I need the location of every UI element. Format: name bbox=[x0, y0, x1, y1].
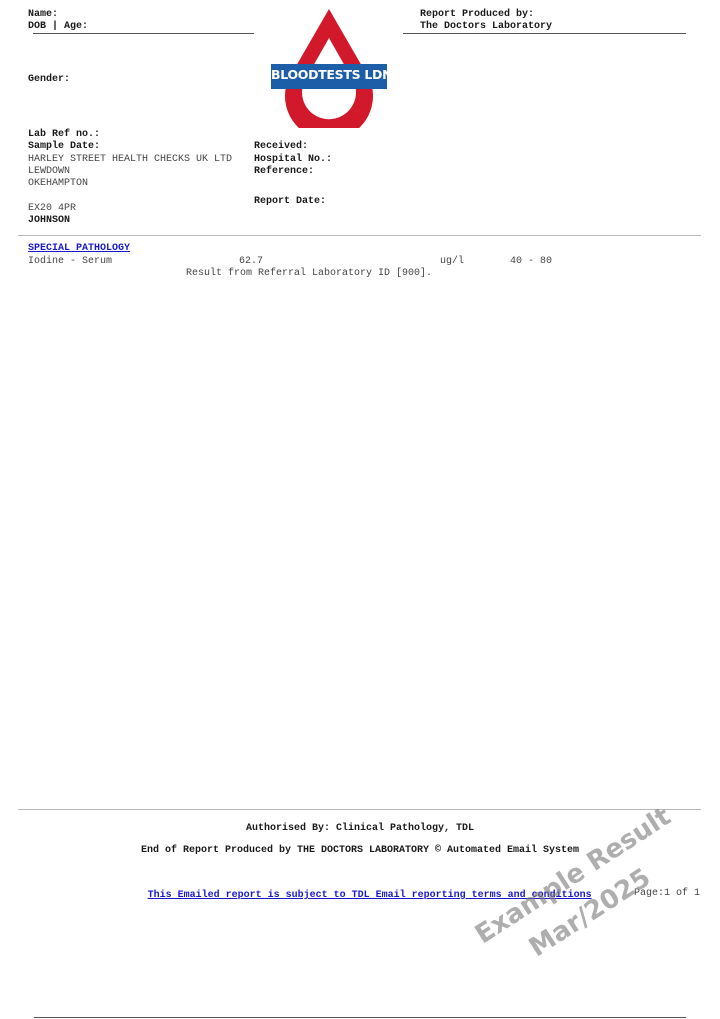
gender-label: Gender: bbox=[28, 74, 70, 85]
sample-date-label: Sample Date: bbox=[28, 141, 100, 152]
hospital-no-label: Hospital No.: bbox=[254, 154, 332, 165]
bottom-divider bbox=[34, 1017, 686, 1018]
footer-divider bbox=[18, 809, 701, 810]
received-label: Received: bbox=[254, 141, 308, 152]
lab-ref-label: Lab Ref no.: bbox=[28, 129, 100, 140]
bloodtests-ldn-logo: BLOODTESTS LDN bbox=[268, 6, 390, 128]
test-reference-range: 40 - 80 bbox=[510, 256, 552, 267]
address-line-3: OKEHAMPTON bbox=[28, 178, 88, 189]
address-line-2: LEWDOWN bbox=[28, 166, 70, 177]
reference-label: Reference: bbox=[254, 166, 314, 177]
results-divider bbox=[18, 235, 701, 236]
logo-text: BLOODTESTS LDN bbox=[271, 67, 387, 82]
test-unit: ug/l bbox=[440, 256, 464, 267]
postcode: EX20 4PR bbox=[28, 203, 76, 214]
address-line-1: HARLEY STREET HEALTH CHECKS UK LTD bbox=[28, 154, 232, 165]
header-left-divider bbox=[33, 33, 254, 34]
name-label: Name: bbox=[28, 9, 58, 20]
header-right-divider bbox=[403, 33, 686, 34]
test-comment: Result from Referral Laboratory ID [900]… bbox=[186, 268, 432, 279]
patient-surname: JOHNSON bbox=[28, 215, 70, 226]
report-produced-by-value: The Doctors Laboratory bbox=[420, 21, 552, 32]
test-value: 62.7 bbox=[239, 256, 263, 267]
report-produced-by-label: Report Produced by: bbox=[420, 9, 534, 20]
section-special-pathology[interactable]: SPECIAL PATHOLOGY bbox=[28, 243, 130, 254]
dob-age-label: DOB | Age: bbox=[28, 21, 88, 32]
report-date-label: Report Date: bbox=[254, 196, 326, 207]
test-name: Iodine - Serum bbox=[28, 256, 112, 267]
